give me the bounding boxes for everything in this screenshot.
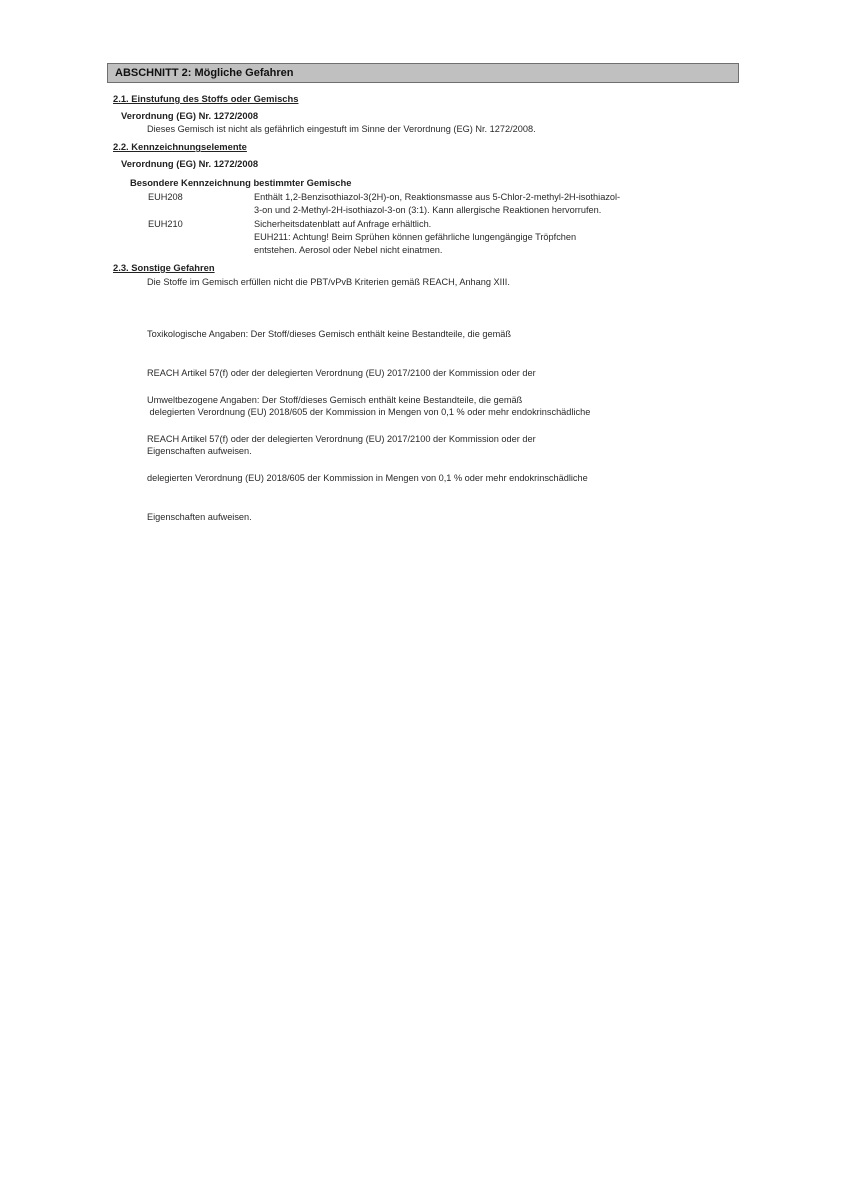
pbt-text: Die Stoffe im Gemisch erfüllen nicht die…	[147, 276, 510, 288]
subsection-heading-2-3: 2.3. Sonstige Gefahren	[113, 262, 215, 274]
euh-text-line: Sicherheitsdatenblatt auf Anfrage erhält…	[254, 218, 431, 230]
special-labelling-heading: Besondere Kennzeichnung bestimmter Gemis…	[130, 177, 351, 189]
euh-code: EUH208	[148, 191, 183, 203]
document-page: ABSCHNITT 2: Mögliche Gefahren 2.1. Eins…	[0, 0, 849, 1200]
subsection-heading-2-2: 2.2. Kennzeichnungselemente	[113, 141, 247, 153]
environmental-info: Umweltbezogene Angaben: Der Stoff/dieses…	[147, 368, 588, 550]
env-line: Eigenschaften aufweisen.	[147, 511, 588, 524]
env-line: delegierten Verordnung (EU) 2018/605 der…	[147, 472, 588, 485]
env-line: Umweltbezogene Angaben: Der Stoff/dieses…	[147, 394, 588, 407]
regulation-label-2-1: Verordnung (EG) Nr. 1272/2008	[121, 110, 258, 122]
tox-line: Toxikologische Angaben: Der Stoff/dieses…	[147, 328, 590, 341]
euh-text-line: entstehen. Aerosol oder Nebel nicht eina…	[254, 244, 442, 256]
env-line: REACH Artikel 57(f) oder der delegierten…	[147, 433, 588, 446]
regulation-label-2-2: Verordnung (EG) Nr. 1272/2008	[121, 158, 258, 170]
section-header: ABSCHNITT 2: Mögliche Gefahren	[107, 63, 739, 83]
classification-text: Dieses Gemisch ist nicht als gefährlich …	[147, 123, 536, 135]
subsection-heading-2-1: 2.1. Einstufung des Stoffs oder Gemischs	[113, 93, 298, 105]
euh-text-line: Enthält 1,2-Benzisothiazol-3(2H)-on, Rea…	[254, 191, 620, 203]
euh-text-line: EUH211: Achtung! Beim Sprühen können gef…	[254, 231, 576, 243]
euh-text-line: 3-on und 2-Methyl-2H-isothiazol-3-on (3:…	[254, 204, 601, 216]
euh-code: EUH210	[148, 218, 183, 230]
